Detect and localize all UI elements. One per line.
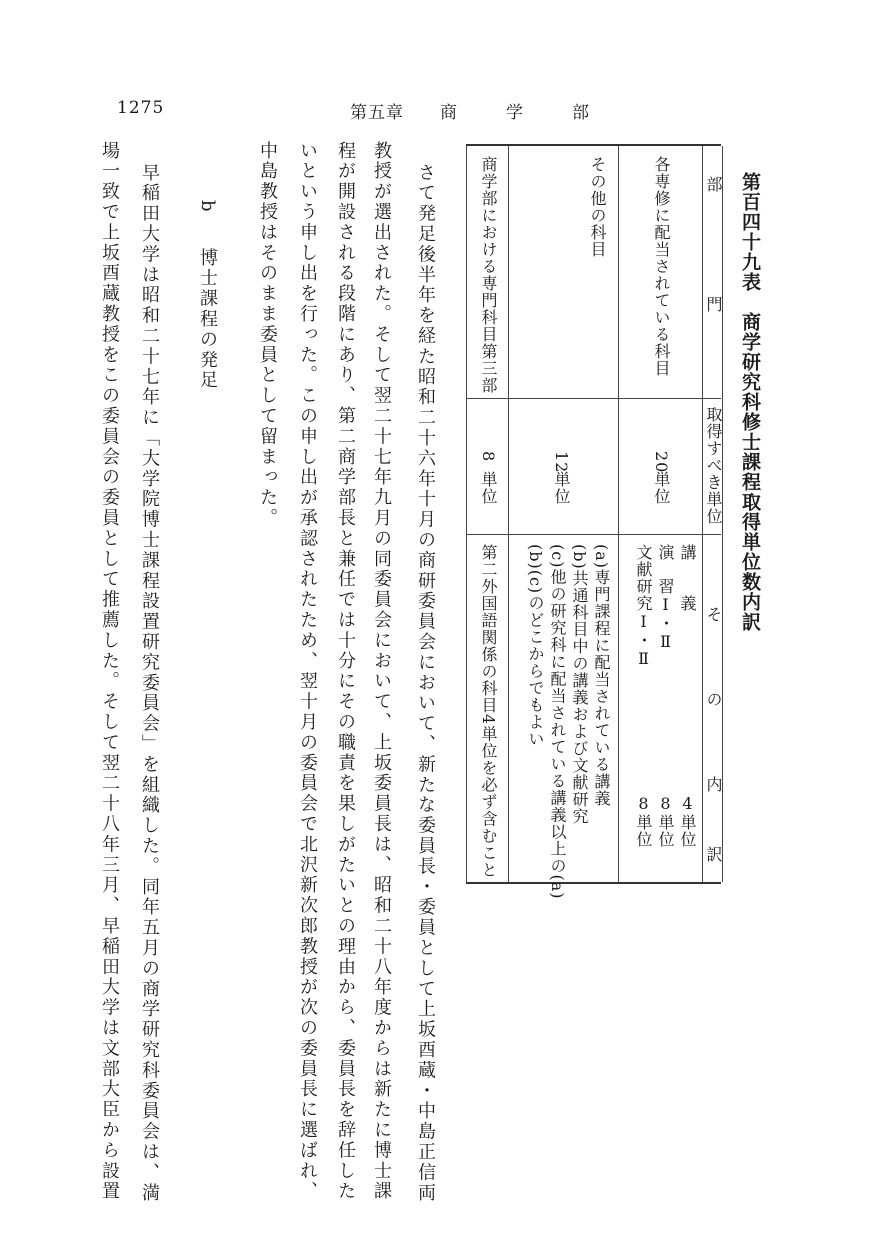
header-breakdown-4: 訳 (703, 846, 723, 863)
header-breakdown-1: そ (703, 606, 723, 623)
units-table: 部 門 取得すべき単位 そ の 内 訳 各専修に配当されている科目 20 単位 … (466, 144, 721, 884)
header-breakdown-3: 内 (703, 776, 723, 793)
breakdown-line: (b)(c)のどこからでもよい (525, 544, 545, 747)
table-row-other-subjects: その他の科目 12 単位 (a)専門課程に配当されている講義 (b)共通科目中の… (508, 146, 619, 882)
table-header-column: 部 門 取得すべき単位 そ の 内 訳 (702, 146, 723, 882)
chapter-label: 第五章 (350, 98, 404, 123)
header-breakdown-2: の (703, 691, 723, 708)
body-line: さて発足後半年を経た昭和二十六年十月の商研委員会において、新たな委員長・委員とし… (414, 163, 436, 1203)
page-number: 1275 (117, 98, 164, 118)
row-division: 商学部における専門科目第三部 (478, 156, 498, 394)
section-heading: 博士課程の発足 (196, 248, 218, 391)
breakdown-item: 講 義 (677, 544, 697, 612)
section-char-1: 商 (440, 98, 458, 123)
section-letter: b (196, 200, 218, 214)
body-line: 中島教授はそのまま委員として留まった。 (256, 141, 278, 529)
row-units-label: 単位 (478, 471, 498, 505)
breakdown-units: 8単位 (655, 794, 675, 848)
table-row-major-subjects: 各専修に配当されている科目 20 単位 講 義 4単位 演 習Ⅰ・Ⅱ 8単位 文… (618, 146, 703, 882)
row-units-label: 単位 (551, 471, 571, 505)
breakdown-line: (a)専門課程に配当されている講義 (591, 544, 611, 807)
header-division-1: 部 (703, 176, 723, 193)
breakdown-line: (c)他の研究科に配当されている講義以上の(a) (547, 544, 567, 899)
row-units-number: 8 (478, 451, 498, 462)
body-line: 程が開設される段階にあり、第二商学部長と兼任では十分にその職責を果しがたいとの理… (334, 141, 356, 1202)
breakdown-units: 8単位 (633, 794, 653, 848)
section-char-3: 部 (572, 98, 590, 123)
table-row-third-division: 商学部における専門科目第三部 8 単位 第二外国語関係の科目4単位を必ず含むこと (466, 146, 509, 882)
row-units-number: 12 (551, 451, 571, 473)
body-line: 場一致で上坂酉蔵教授をこの委員会の委員として推薦した。そして翌二十八年三月、早稲… (98, 141, 120, 1202)
section-char-2: 学 (506, 98, 524, 123)
row-division: 各専修に配当されている科目 (651, 156, 671, 377)
breakdown-line: (b)共通科目中の講義および文献研究 (569, 544, 589, 825)
breakdown-item: 演 習Ⅰ・Ⅱ (655, 544, 675, 652)
body-line: いという申し出を行った。この申し出が承認されたため、翌十月の委員会で北沢新次郎教… (296, 141, 318, 1202)
breakdown-line: 第二外国語関係の科目4単位を必ず含むこと (478, 544, 498, 878)
header-required-units: 取得すべき単位 (703, 406, 723, 525)
running-head: 第五章商学部 (350, 98, 590, 123)
body-line: 教授が選出された。そして翌二十七年九月の同委員会において、上坂委員長は、昭和二十… (370, 141, 392, 1202)
breakdown-units: 4単位 (677, 794, 697, 848)
row-units-number: 20 (651, 451, 671, 473)
row-units-label: 単位 (651, 471, 671, 505)
row-division: その他の科目 (587, 156, 607, 258)
breakdown-item: 文献研究Ⅰ・Ⅱ (633, 544, 653, 669)
header-division-2: 門 (703, 296, 723, 313)
table-caption: 第百四十九表 商学研究科修士課程取得単位数内訳 (737, 172, 763, 632)
body-line: 早稲田大学は昭和二十七年に「大学院博士課程設置研究委員会」を組織した。同年五月の… (138, 163, 160, 1203)
